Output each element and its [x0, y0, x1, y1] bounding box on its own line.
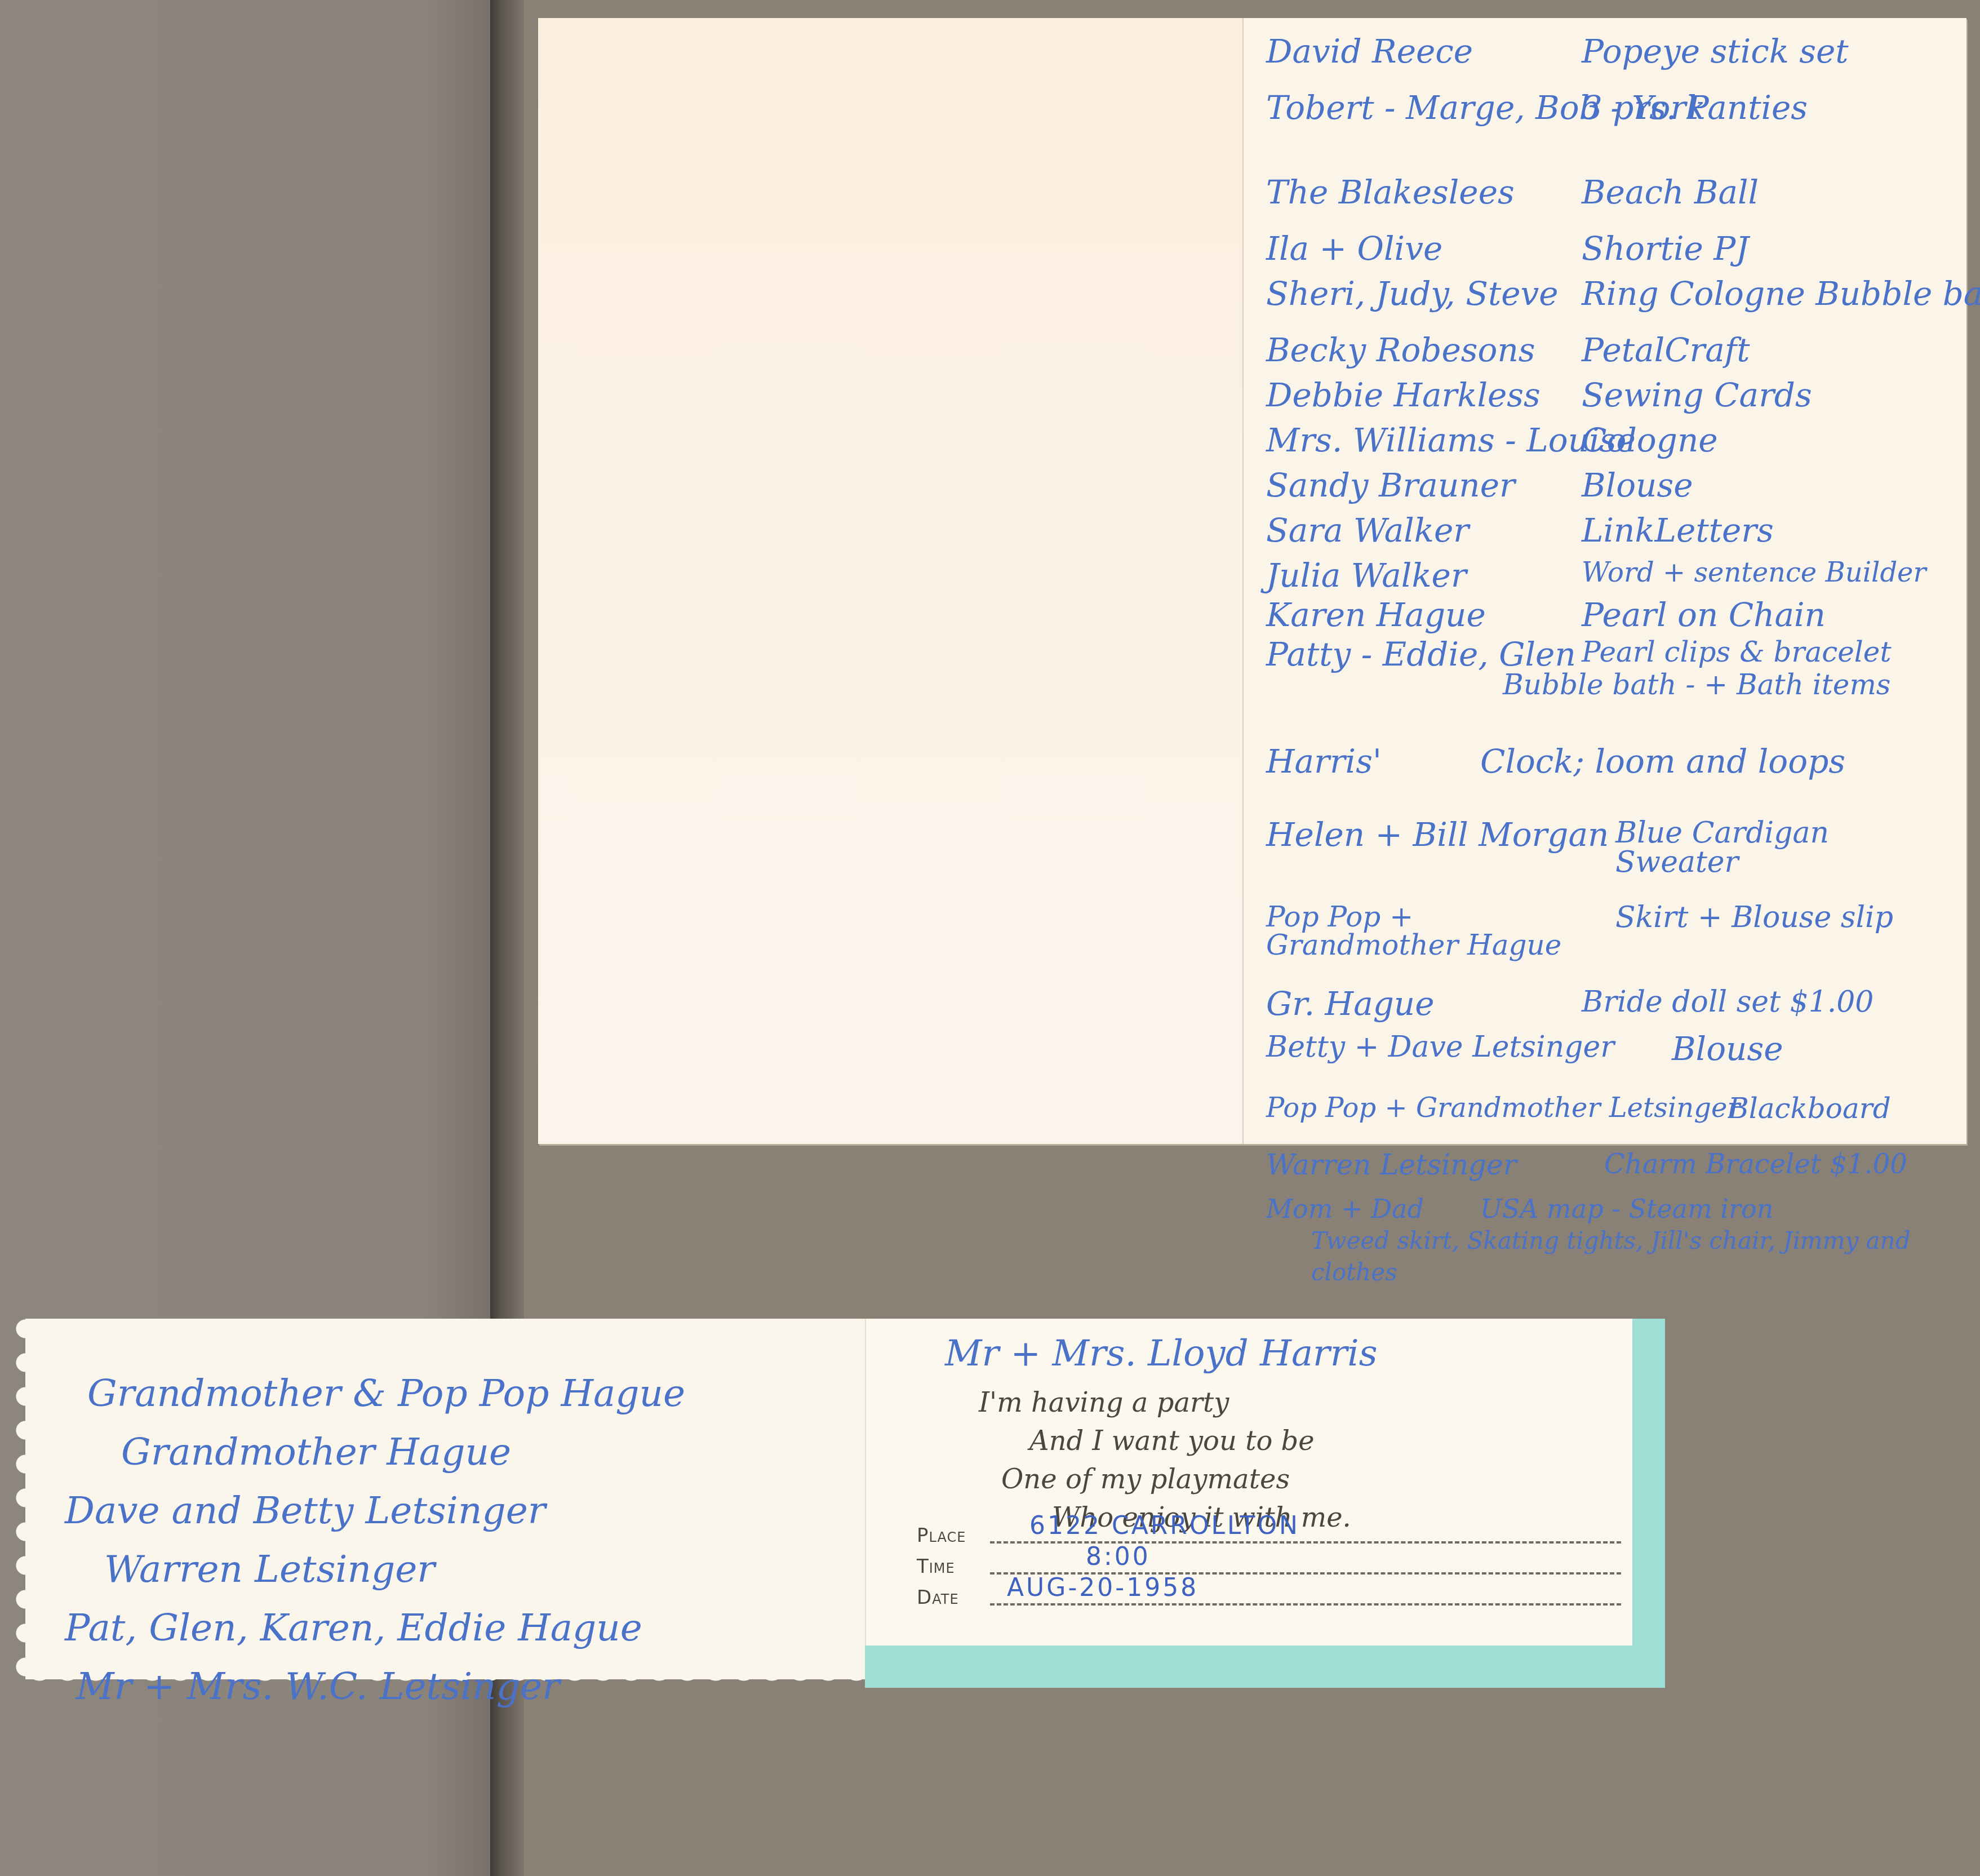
giver: Gr. Hague	[1266, 987, 1435, 1020]
list-item: Debbie HarklessSewing Cards	[1266, 379, 1953, 424]
guest-name: Grandmother Hague	[87, 1434, 685, 1471]
giver: David Reece	[1266, 35, 1473, 68]
list-item: Pop Pop + Grandmother HagueSkirt + Blous…	[1266, 903, 1953, 987]
giver: Sara Walker	[1266, 514, 1469, 547]
gift: Beach Ball	[1582, 176, 1759, 209]
list-item: Sheri, Judy, SteveRing Cologne Bubble ba…	[1266, 277, 1953, 334]
giver: Pop Pop + Grandmother Hague	[1266, 903, 1582, 959]
gift: Popeye stick set	[1582, 35, 1849, 68]
giver: Pop Pop + Grandmother Letsinger	[1266, 1094, 1740, 1121]
place-label: Place	[917, 1524, 966, 1547]
list-item: Gr. HagueBride doll set $1.00	[1266, 987, 1953, 1032]
guest-name: Mr + Mrs. W.C. Letsinger	[76, 1668, 685, 1705]
giver: Julia Walker	[1266, 559, 1467, 592]
date-label: Date	[917, 1586, 959, 1609]
list-item: Sandy BraunerBlouse	[1266, 469, 1953, 514]
dashed-line	[990, 1541, 1621, 1544]
guest-name: Grandmother & Pop Pop Hague	[87, 1375, 685, 1412]
verse-line: I'm having a party	[979, 1383, 1351, 1422]
list-item: Pop Pop + Grandmother LetsingerBlackboar…	[1266, 1094, 1953, 1151]
time-label: Time	[917, 1555, 955, 1578]
invitation-flap: Grandmother & Pop Pop Hague Grandmother …	[25, 1319, 865, 1679]
giver: Betty + Dave Letsinger	[1266, 1032, 1614, 1062]
gift: Pearl clips & bracelet	[1582, 638, 1892, 666]
guest-names: Grandmother & Pop Pop Hague Grandmother …	[87, 1375, 685, 1727]
gift: USA map - Steam iron	[1480, 1196, 1773, 1222]
scalloped-edge	[15, 1319, 35, 1679]
gift: Blue Cardigan Sweater	[1615, 818, 1931, 877]
invitation-inner: Mr + Mrs. Lloyd Harris I'm having a part…	[865, 1319, 1632, 1646]
gift: Word + sentence Builder	[1582, 559, 1926, 586]
guest-name: Pat, Glen, Karen, Eddie Hague	[65, 1609, 685, 1647]
addressee: Mr + Mrs. Lloyd Harris	[945, 1336, 1378, 1372]
gift: Ring Cologne Bubble bath	[1582, 277, 1980, 310]
gift: Shortie PJ	[1582, 232, 1749, 265]
verse-line: And I want you to be	[979, 1422, 1351, 1460]
time-value: 8:00	[1086, 1542, 1151, 1571]
giver: Ila + Olive	[1266, 232, 1442, 265]
list-item: Mrs. Williams - LouiseCologne	[1266, 424, 1953, 469]
list-item: The BlakesleesBeach Ball	[1266, 176, 1953, 232]
date-value: AUG-20-1958	[1007, 1573, 1198, 1602]
list-item: Sara WalkerLinkLetters	[1266, 514, 1953, 559]
list-item: Patty - Eddie, GlenPearl clips & bracele…	[1266, 638, 1953, 745]
giver: Debbie Harkless	[1266, 379, 1541, 411]
gift: Clock; loom and loops	[1480, 745, 1845, 778]
gift: PetalCraft	[1582, 334, 1750, 366]
date-field: Date AUG-20-1958	[917, 1581, 1627, 1609]
guest-name: Warren Letsinger	[87, 1551, 685, 1588]
giver: Mrs. Williams - Louise	[1266, 424, 1636, 456]
list-item: Tobert - Marge, Bob - York3 prs. Panties	[1266, 91, 1953, 176]
giver: Harris'	[1266, 745, 1382, 778]
list-item: Betty + Dave LetsingerBlouse	[1266, 1032, 1953, 1094]
gift: Pearl on Chain	[1582, 598, 1826, 631]
gift: Skirt + Blouse slip	[1615, 903, 1931, 932]
gift-continued: Bubble bath - + Bath items	[1503, 671, 1891, 699]
giver: Karen Hague	[1266, 598, 1486, 631]
gift: Blouse	[1582, 469, 1693, 502]
gift: 3 prs. Panties	[1582, 91, 1808, 124]
giver: The Blakeslees	[1266, 176, 1515, 209]
giver: Mom + Dad	[1266, 1196, 1424, 1222]
giver: Becky Robesons	[1266, 334, 1535, 366]
gift: Charm Bracelet $1.00	[1604, 1151, 1907, 1178]
gift: Bride doll set $1.00	[1582, 987, 1874, 1017]
dashed-line	[990, 1603, 1621, 1606]
giver: Sheri, Judy, Steve	[1266, 277, 1559, 310]
gift: LinkLetters	[1582, 514, 1774, 547]
gift: Blackboard	[1728, 1094, 1891, 1123]
giver: Patty - Eddie, Glen	[1266, 638, 1576, 671]
gift-list-card: David ReecePopeye stick set Tobert - Mar…	[538, 18, 1966, 1144]
gift: Blouse	[1672, 1032, 1783, 1065]
list-item: Ila + OliveShortie PJ	[1266, 232, 1953, 277]
gift-continued: Tweed skirt, Skating tights, Jill's chai…	[1311, 1225, 1931, 1288]
invitation-panel: Mr + Mrs. Lloyd Harris I'm having a part…	[865, 1319, 1665, 1688]
place-field: Place 6122 CARROLLTON	[917, 1519, 1627, 1547]
list-item: David ReecePopeye stick set	[1266, 35, 1953, 91]
giver: Sandy Brauner	[1266, 469, 1515, 502]
list-item: Becky RobesonsPetalCraft	[1266, 334, 1953, 379]
list-item: Helen + Bill MorganBlue Cardigan Sweater	[1266, 818, 1953, 903]
place-value: 6122 CARROLLTON	[1029, 1511, 1300, 1540]
card-blank-cover	[538, 18, 1244, 1144]
list-item: Karen HaguePearl on Chain	[1266, 598, 1953, 638]
verse-line: One of my playmates	[979, 1460, 1351, 1498]
gift-list: David ReecePopeye stick set Tobert - Mar…	[1249, 18, 1966, 1144]
giver: Warren Letsinger	[1266, 1151, 1517, 1179]
giver: Helen + Bill Morgan	[1266, 818, 1609, 851]
list-item: Warren LetsingerCharm Bracelet $1.00	[1266, 1151, 1953, 1196]
list-item: Harris'Clock; loom and loops	[1266, 745, 1953, 818]
list-item: Julia WalkerWord + sentence Builder	[1266, 559, 1953, 598]
gift: Sewing Cards	[1582, 379, 1812, 411]
gift: Cologne	[1582, 424, 1718, 456]
list-item: Mom + DadUSA map - Steam ironTweed skirt…	[1266, 1196, 1953, 1286]
guest-name: Dave and Betty Letsinger	[65, 1492, 685, 1529]
